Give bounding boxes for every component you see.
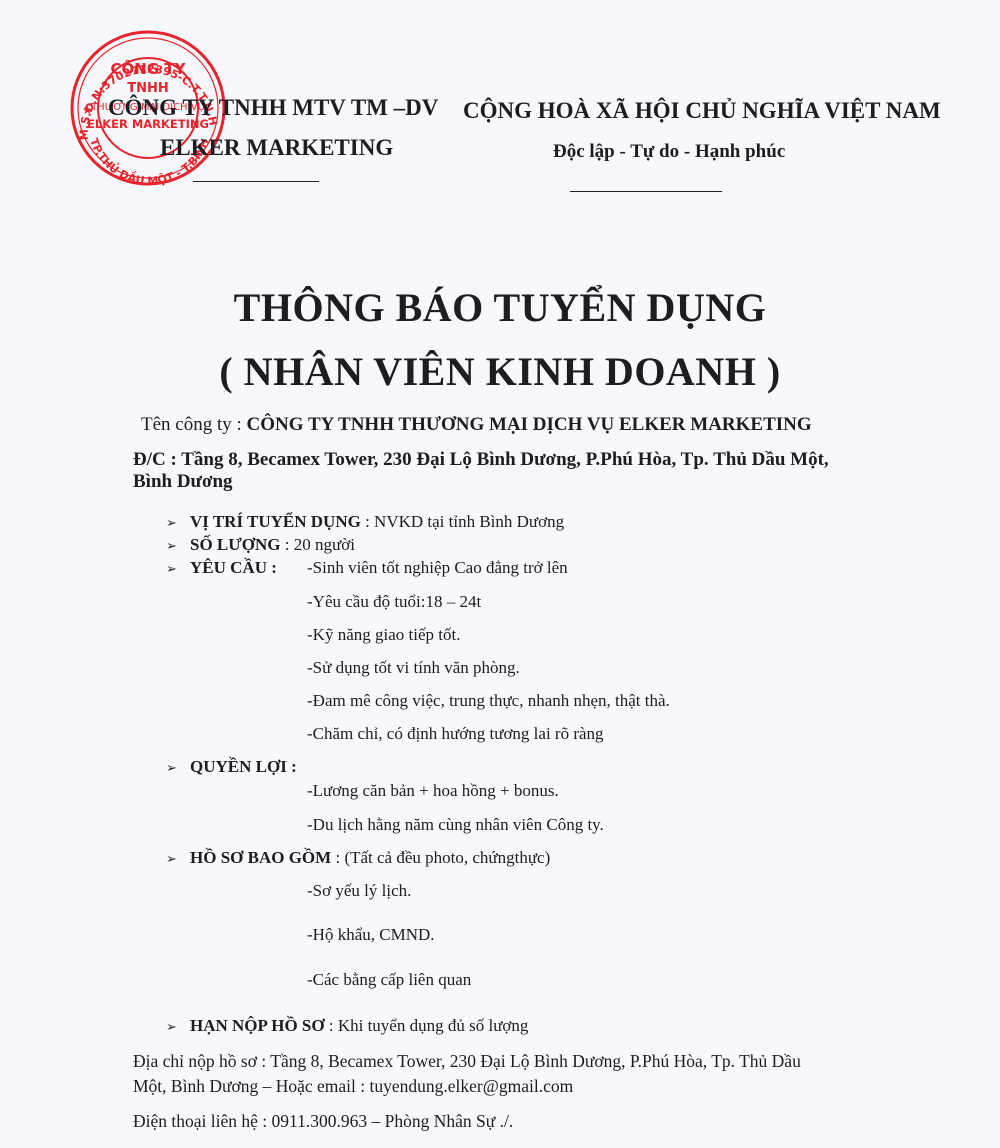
position-value: : NVKD tại tỉnh Bình Dương: [361, 512, 564, 531]
page-title: THÔNG BÁO TUYỂN DỤNG: [0, 284, 1000, 331]
company-name: CÔNG TY TNHH THƯƠNG MẠI DỊCH VỤ ELKER MA…: [247, 414, 812, 435]
deadline-value: : Khi tuyển dụng đủ số lượng: [325, 1016, 529, 1035]
page-subtitle: ( NHÂN VIÊN KINH DOANH ): [0, 348, 1000, 395]
contact-phone-line: Điện thoại liên hệ : 0911.300.963 – Phòn…: [133, 1111, 513, 1132]
company-address-line-2: Bình Dương: [133, 471, 233, 493]
stamp-line-2: TNHH: [127, 81, 169, 96]
documents-label: HỒ SƠ BAO GỒM: [190, 848, 331, 867]
requirement-item: -Kỹ năng giao tiếp tốt.: [307, 625, 460, 645]
document-item: -Hộ khẩu, CMND.: [307, 925, 435, 945]
benefit-item: -Lương căn bản + hoa hồng + bonus.: [307, 781, 559, 801]
section-documents: ➢HỒ SƠ BAO GỒM : (Tất cả đều photo, chứn…: [166, 848, 550, 868]
company-label: Tên công ty :: [141, 414, 247, 435]
document-page: M.S.D.N:3702712395-C.T.T.N.H.H TP.THỦ DẦ…: [0, 0, 1000, 1148]
section-deadline: ➢HẠN NỘP HỒ SƠ : Khi tuyển dụng đủ số lư…: [166, 1016, 528, 1036]
stamp-line-1: CÔNG TY: [111, 59, 187, 78]
section-quantity: ➢SỐ LƯỢNG : 20 người: [166, 535, 355, 555]
requirement-item: -Chăm chỉ, có định hướng tương lai rõ rà…: [307, 724, 604, 744]
quantity-value: : 20 người: [281, 535, 355, 554]
header-left-divider: [193, 181, 319, 182]
header-right-divider: [570, 191, 722, 192]
header-company-line-2: ELKER MARKETING: [160, 135, 393, 161]
company-name-row: Tên công ty : CÔNG TY TNHH THƯƠNG MẠI DỊ…: [141, 414, 812, 436]
requirement-item: -Sử dụng tốt vi tính văn phòng.: [307, 658, 520, 678]
document-item: -Sơ yếu lý lịch.: [307, 881, 411, 901]
requirements-label: YÊU CẦU :: [190, 558, 277, 577]
position-label: VỊ TRÍ TUYỂN DỤNG: [190, 512, 361, 531]
company-address-line-1: Đ/C : Tầng 8, Becamex Tower, 230 Đại Lộ …: [133, 449, 829, 471]
submit-address-line-2: Một, Bình Dương – Hoặc email : tuyendung…: [133, 1076, 573, 1097]
arrow-bullet-icon: ➢: [166, 1020, 190, 1035]
header-national-motto: Độc lập - Tự do - Hạnh phúc: [553, 141, 785, 163]
submit-address-line-1: Địa chỉ nộp hồ sơ : Tầng 8, Becamex Towe…: [133, 1051, 801, 1072]
quantity-label: SỐ LƯỢNG: [190, 535, 281, 554]
section-requirements: ➢YÊU CẦU :: [166, 558, 277, 578]
header-company-line-1: CÔNG TY TNHH MTV TM –DV: [108, 95, 438, 121]
arrow-bullet-icon: ➢: [166, 516, 190, 531]
requirement-item: -Yêu cầu độ tuổi:18 – 24t: [307, 592, 481, 612]
arrow-bullet-icon: ➢: [166, 562, 190, 577]
requirement-item: -Đam mê công việc, trung thực, nhanh nhẹ…: [307, 691, 670, 711]
arrow-bullet-icon: ➢: [166, 539, 190, 554]
deadline-label: HẠN NỘP HỒ SƠ: [190, 1016, 325, 1035]
arrow-bullet-icon: ➢: [166, 852, 190, 867]
section-position: ➢VỊ TRÍ TUYỂN DỤNG : NVKD tại tỉnh Bình …: [166, 512, 564, 532]
benefit-item: -Du lịch hằng năm cùng nhân viên Công ty…: [307, 815, 604, 835]
benefits-label: QUYỀN LỢI :: [190, 757, 297, 776]
section-benefits: ➢QUYỀN LỢI :: [166, 757, 297, 777]
document-item: -Các bằng cấp liên quan: [307, 970, 471, 990]
contact-email-link[interactable]: tuyendung.elker@gmail.com: [370, 1076, 574, 1096]
requirement-item: -Sinh viên tốt nghiệp Cao đẳng trở lên: [307, 558, 568, 578]
documents-note: : (Tất cả đều photo, chứngthực): [331, 848, 550, 867]
submit-address-prefix: Một, Bình Dương – Hoặc email :: [133, 1076, 370, 1096]
arrow-bullet-icon: ➢: [166, 761, 190, 776]
header-national-title: CỘNG HOÀ XÃ HỘI CHỦ NGHĨA VIỆT NAM: [463, 98, 941, 124]
